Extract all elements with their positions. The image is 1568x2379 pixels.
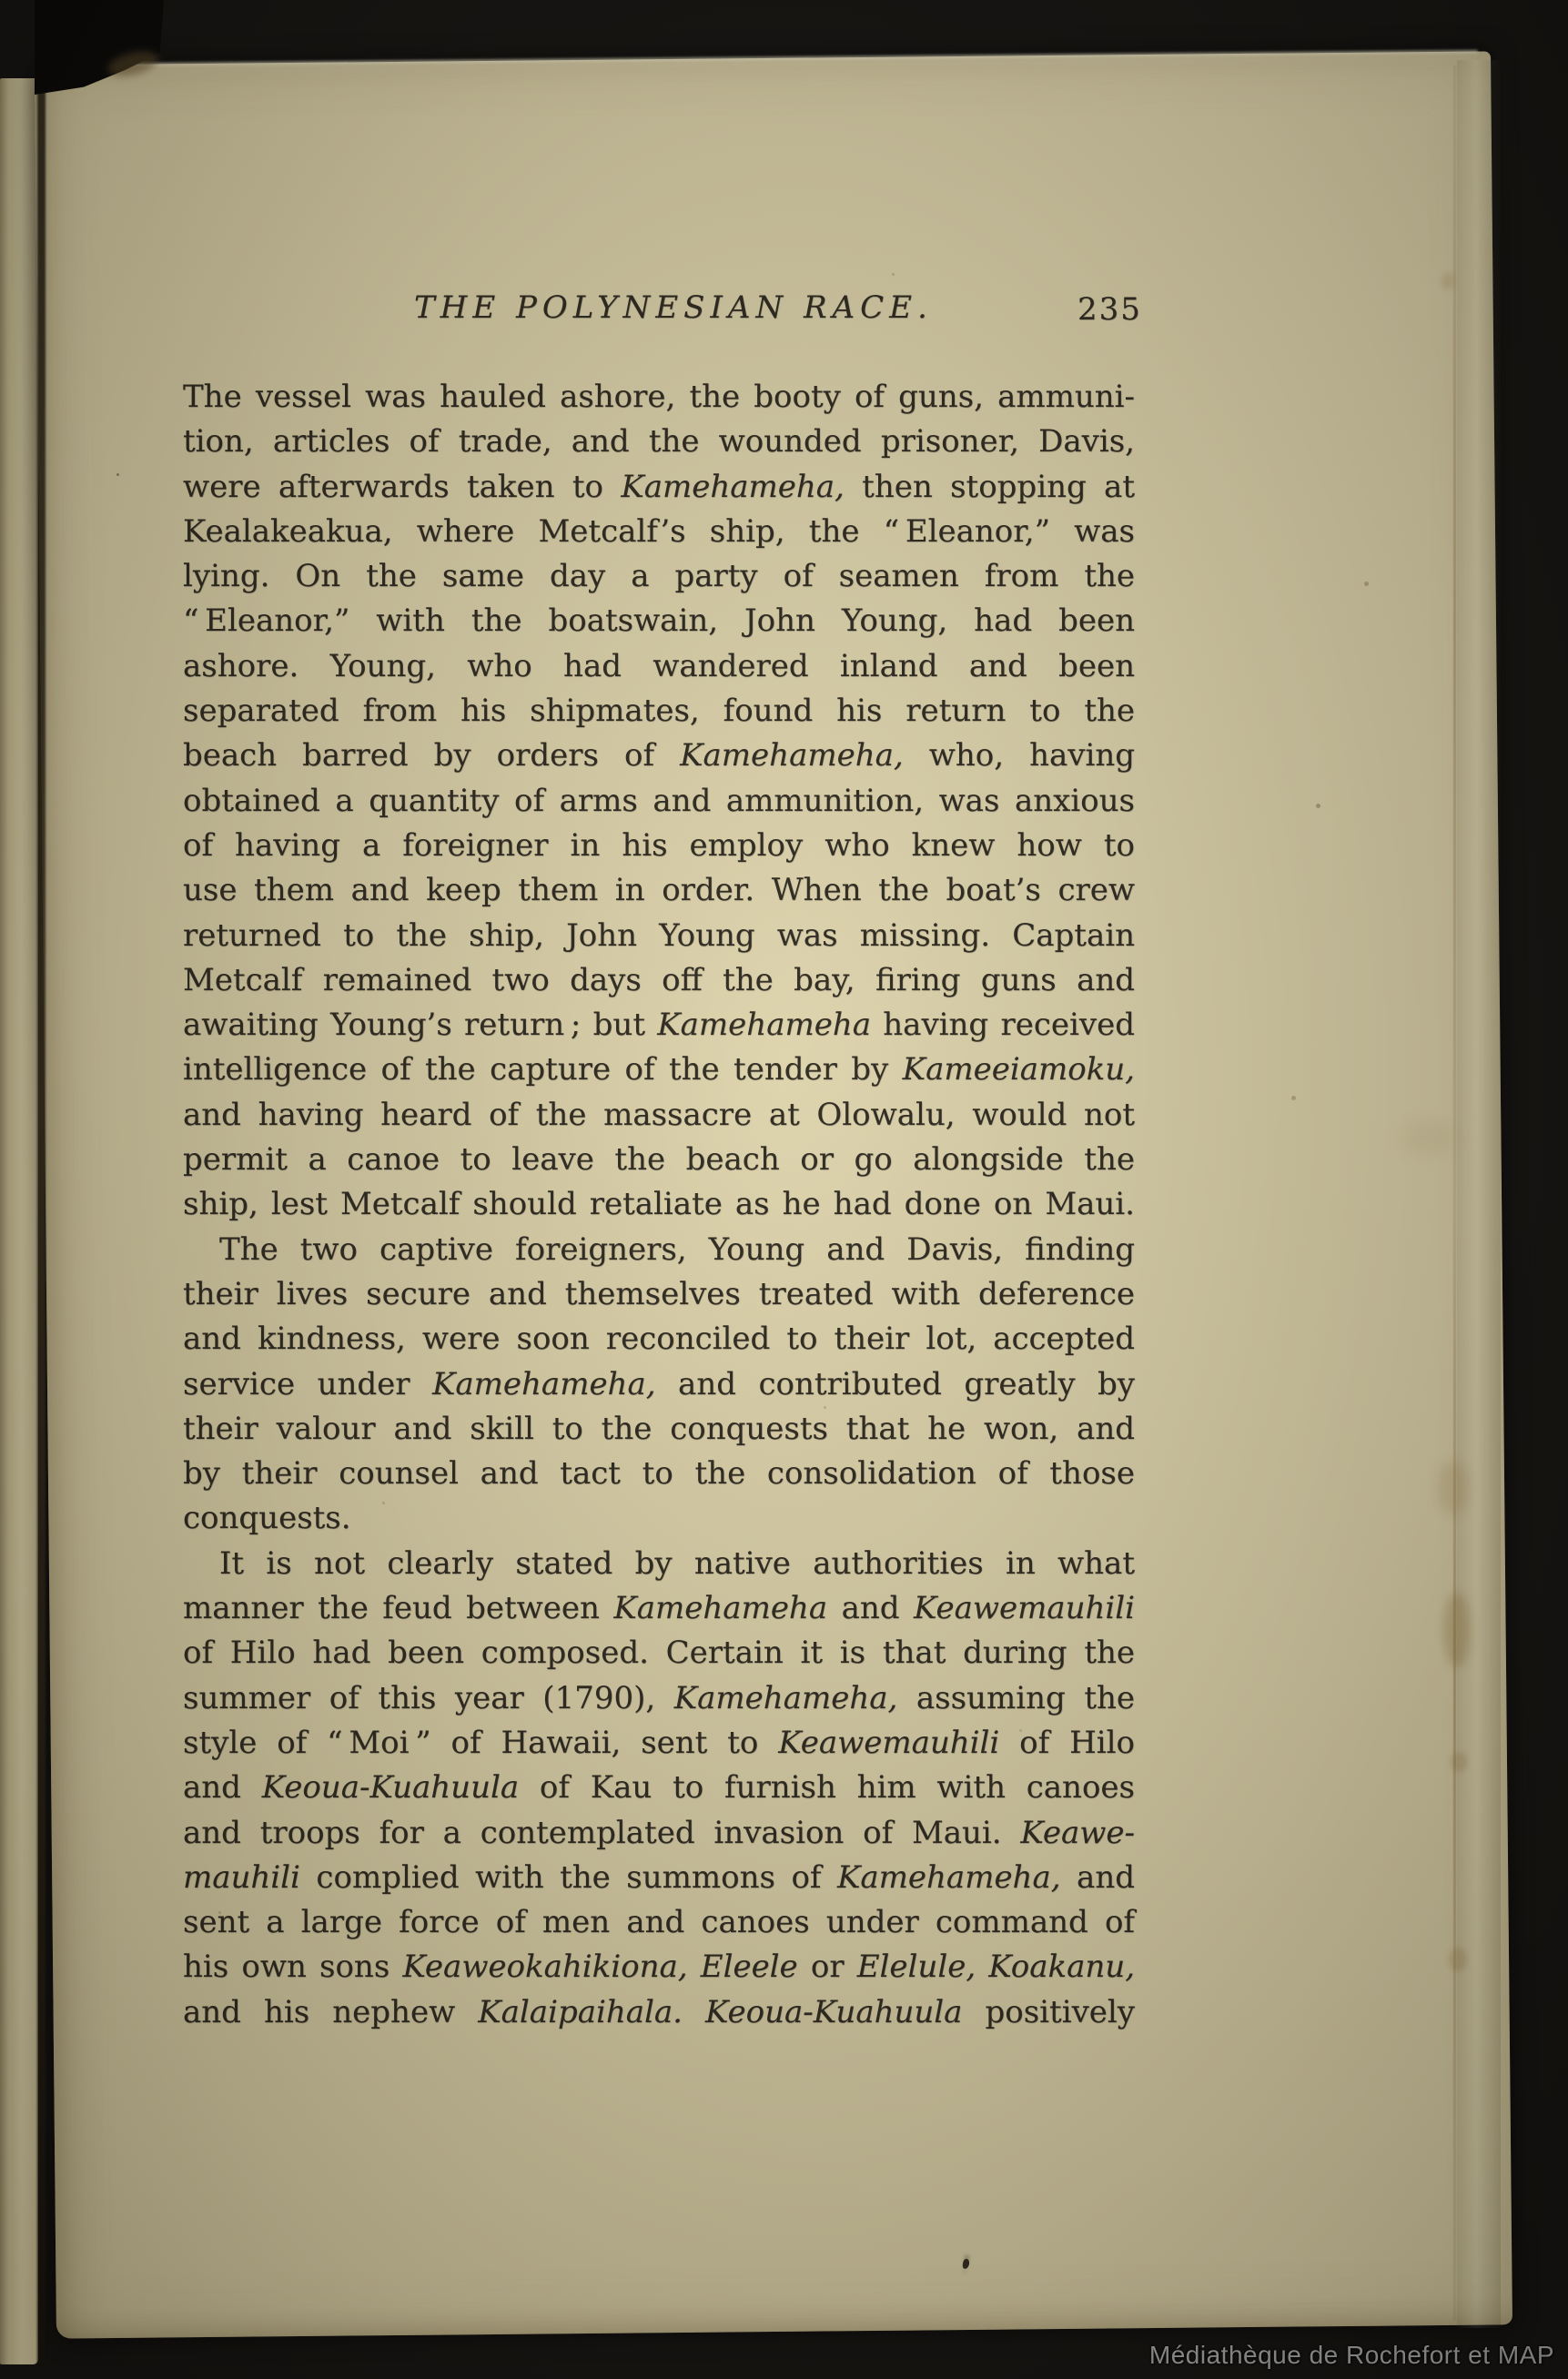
italic-run: Eleele [701, 1949, 798, 1985]
text-run: or [798, 1949, 857, 1985]
text-run: ship, lest Metcalf should retaliate as h… [183, 1186, 1135, 1222]
text-line: of Hilo had been composed. Certain it is… [183, 1631, 1135, 1675]
text-run: assuming the [897, 1680, 1135, 1716]
text-run [688, 1949, 701, 1985]
text-line: The two captive foreigners, Young and Da… [183, 1228, 1135, 1272]
text-run: style of “ Moi ” of Hawaii, sent to [183, 1725, 778, 1761]
text-line: beach barred by orders of Kamehameha, wh… [183, 734, 1135, 778]
previous-page-edge [0, 78, 38, 2364]
text-line: Metcalf remained two days off the bay, f… [183, 958, 1135, 1003]
italic-run: mauhili [183, 1859, 300, 1896]
book-scan-photo: THE POLYNESIAN RACE. 235 The vessel was … [0, 0, 1568, 2379]
text-run: separated from his shipmates, found his … [183, 693, 1135, 729]
italic-run: Kamehameha, [837, 1859, 1061, 1896]
italic-run: Keawemauhili [778, 1725, 999, 1761]
text-run: summer of this year (1790), [183, 1680, 674, 1716]
text-run: obtained a quantity of arms and ammuniti… [183, 783, 1135, 819]
text-line: It is not clearly stated by native autho… [183, 1542, 1135, 1586]
text-run: It is not clearly stated by native autho… [219, 1545, 1135, 1582]
text-line: style of “ Moi ” of Hawaii, sent to Keaw… [183, 1721, 1135, 1766]
text-run: permit a canoe to leave the beach or go … [183, 1141, 1135, 1178]
fore-edge-crease [1453, 66, 1456, 2321]
foxing-specks [0, 0, 3, 3]
text-run [683, 1994, 705, 2030]
text-line: Kealakeakua, where Metcalf’s ship, the “… [183, 510, 1135, 554]
italic-run: Keoua-Kuahuula [262, 1769, 519, 1806]
text-line: sent a large force of men and canoes und… [183, 1900, 1135, 1945]
text-run: The two captive foreigners, Young and Da… [219, 1231, 1135, 1268]
italic-run: Kamehameha, [621, 469, 845, 505]
text-line: The vessel was hauled ashore, the booty … [183, 375, 1135, 420]
text-line: mauhili complied with the summons of Kam… [183, 1856, 1135, 1900]
text-line: use them and keep them in order. When th… [183, 868, 1135, 913]
text-run: sent a large force of men and canoes und… [183, 1904, 1135, 1940]
library-watermark: Médiathèque de Rochefort et MAP [1149, 2341, 1554, 2370]
text-line: “ Eleanor,” with the boatswain, John You… [183, 599, 1135, 643]
text-run: who, having [904, 737, 1135, 774]
italic-run: Keaweokahikiona, [402, 1949, 687, 1985]
text-run: of Hilo had been composed. Certain it is… [183, 1635, 1135, 1671]
italic-run: Keawemauhili [914, 1590, 1135, 1626]
page-number: 235 [1077, 291, 1134, 328]
text-line: tion, articles of trade, and the wounded… [183, 420, 1135, 464]
italic-run: Koakanu, [988, 1949, 1135, 1985]
text-line: and his nephew Kalaipaihala. Keoua-Kuahu… [183, 1990, 1135, 2035]
text-line: summer of this year (1790), Kamehameha, … [183, 1676, 1135, 1721]
text-run: returned to the ship, John Young was mis… [183, 917, 1135, 954]
text-line: lying. On the same day a party of seamen… [183, 554, 1135, 599]
text-line: obtained a quantity of arms and ammuniti… [183, 779, 1135, 824]
text-run: Kealakeakua, where Metcalf’s ship, the “… [183, 513, 1135, 550]
text-line: service under Kamehameha, and contribute… [183, 1362, 1135, 1407]
italic-run: Kamehameha, [674, 1680, 898, 1716]
text-run: Metcalf remained two days off the bay, f… [183, 962, 1135, 998]
text-line: of having a foreigner in his employ who … [183, 824, 1135, 868]
italic-run: Kamehameha, [680, 737, 904, 774]
text-run: their valour and skill to the conquests … [183, 1411, 1135, 1447]
text-run: positively [962, 1994, 1135, 2030]
text-run: conquests. [183, 1500, 351, 1536]
text-run: by their counsel and tact to the consoli… [183, 1455, 1135, 1492]
text-run [976, 1949, 988, 1985]
text-run: and contributed greatly by [656, 1366, 1135, 1402]
text-line: their valour and skill to the conquests … [183, 1407, 1135, 1452]
text-run: his own sons [183, 1949, 402, 1985]
text-run: lying. On the same day a party of seamen… [183, 558, 1135, 594]
italic-run: Keoua-Kuahuula [705, 1994, 962, 2030]
text-run: The vessel was hauled ashore, the booty … [183, 379, 1135, 415]
text-line: returned to the ship, John Young was mis… [183, 914, 1135, 958]
text-run: ashore. Young, who had wandered inland a… [183, 648, 1135, 684]
text-run: awaiting Young’s return ; but [183, 1007, 657, 1043]
text-run: complied with the summons of [300, 1859, 837, 1896]
page-title: THE POLYNESIAN RACE. [414, 289, 933, 326]
italic-run: Kamehameha [613, 1590, 827, 1626]
text-line: intelligence of the capture of the tende… [183, 1048, 1135, 1092]
text-run: their lives secure and themselves treate… [183, 1276, 1135, 1312]
text-run: manner the feud between [183, 1590, 613, 1626]
text-run: tion, articles of trade, and the wounded… [183, 423, 1135, 460]
text-line: conquests. [183, 1496, 1135, 1541]
text-line: their lives secure and themselves treate… [183, 1272, 1135, 1317]
text-line: were afterwards taken to Kamehameha, the… [183, 465, 1135, 510]
italic-run: Keawe- [1020, 1815, 1135, 1851]
text-line: by their counsel and tact to the consoli… [183, 1452, 1135, 1496]
italic-run: Kalaipaihala. [478, 1994, 683, 2030]
text-run: were afterwards taken to [183, 469, 621, 505]
text-line: and troops for a contemplated invasion o… [183, 1811, 1135, 1856]
text-line: awaiting Young’s return ; but Kamehameha… [183, 1003, 1135, 1048]
text-run: and kindness, were soon reconciled to th… [183, 1321, 1135, 1357]
gutter-crease [37, 73, 46, 2366]
text-run: use them and keep them in order. When th… [183, 872, 1135, 908]
italic-run: Kamehameha, [432, 1366, 656, 1402]
text-run: and [827, 1590, 914, 1626]
text-line: manner the feud between Kamehameha and K… [183, 1586, 1135, 1631]
text-line: ship, lest Metcalf should retaliate as h… [183, 1182, 1135, 1227]
italic-run: Elelule, [857, 1949, 976, 1985]
text-run: of Kau to furnish him with canoes [519, 1769, 1135, 1806]
text-run: and [183, 1769, 262, 1806]
text-line: permit a canoe to leave the beach or go … [183, 1138, 1135, 1182]
text-run: and [1061, 1859, 1135, 1896]
text-run: beach barred by orders of [183, 737, 680, 774]
text-run: then stopping at [845, 469, 1135, 505]
text-run: of Hilo [999, 1725, 1135, 1761]
text-run: intelligence of the capture of the tende… [183, 1051, 903, 1088]
text-line: and Keoua-Kuahuula of Kau to furnish him… [183, 1766, 1135, 1810]
italic-run: Kamehameha [657, 1007, 871, 1043]
text-line: separated from his shipmates, found his … [183, 689, 1135, 734]
text-line: ashore. Young, who had wandered inland a… [183, 644, 1135, 689]
text-run: and his nephew [183, 1994, 478, 2030]
text-run: service under [183, 1366, 432, 1402]
italic-run: Kameeiamoku, [903, 1051, 1135, 1088]
body-text: The vessel was hauled ashore, the booty … [183, 375, 1135, 2035]
text-line: and kindness, were soon reconciled to th… [183, 1317, 1135, 1362]
text-run: of having a foreigner in his employ who … [183, 827, 1135, 864]
text-run: and having heard of the massacre at Olow… [183, 1097, 1135, 1133]
text-line: and having heard of the massacre at Olow… [183, 1093, 1135, 1138]
text-run: having received [871, 1007, 1135, 1043]
text-run: and troops for a contemplated invasion o… [183, 1815, 1020, 1851]
text-line: his own sons Keaweokahikiona, Eleele or … [183, 1945, 1135, 1989]
text-run: “ Eleanor,” with the boatswain, John You… [183, 602, 1135, 639]
